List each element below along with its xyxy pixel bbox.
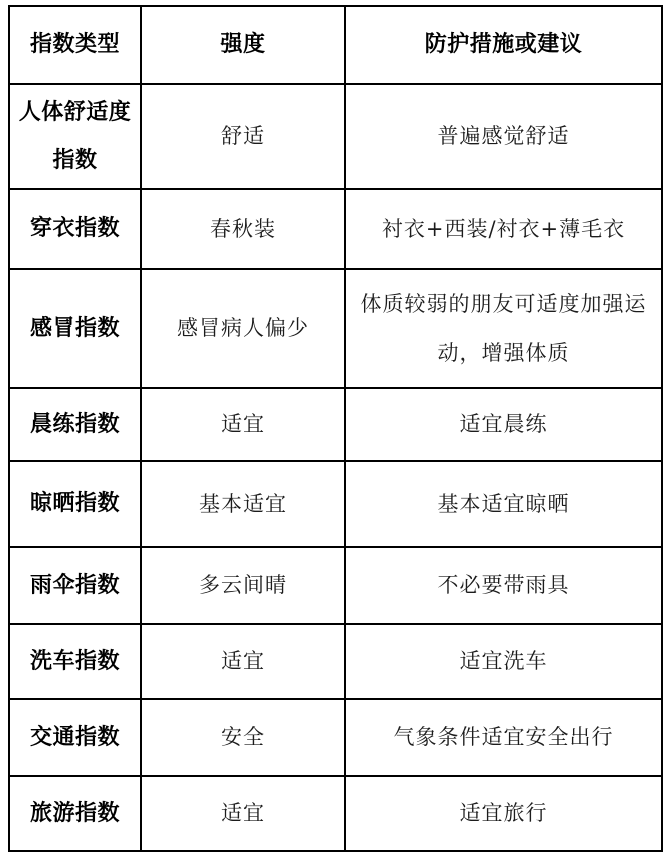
header-row: 指数类型 强度 防护措施或建议 [9, 6, 662, 84]
table-row-drying: 晾晒指数 基本适宜 基本适宜晾晒 [9, 461, 662, 547]
strength-cell: 基本适宜 [141, 461, 345, 547]
advice-cell: 适宜洗车 [345, 624, 662, 699]
weather-index-table: 指数类型 强度 防护措施或建议 人体舒适度指数 舒适 普遍感觉舒适 穿衣指数 春… [8, 5, 663, 852]
strength-cell: 适宜 [141, 776, 345, 851]
header-index-type: 指数类型 [9, 6, 141, 84]
strength-cell: 适宜 [141, 388, 345, 461]
advice-cell: 衬衣+西装/衬衣+薄毛衣 [345, 189, 662, 269]
index-type-cell: 感冒指数 [9, 269, 141, 388]
table-row-comfort: 人体舒适度指数 舒适 普遍感觉舒适 [9, 84, 662, 189]
table-row-travel: 旅游指数 适宜 适宜旅行 [9, 776, 662, 851]
table-row-dressing: 穿衣指数 春秋装 衬衣+西装/衬衣+薄毛衣 [9, 189, 662, 269]
advice-cell: 适宜晨练 [345, 388, 662, 461]
index-type-cell: 人体舒适度指数 [9, 84, 141, 189]
index-type-cell: 旅游指数 [9, 776, 141, 851]
strength-cell: 感冒病人偏少 [141, 269, 345, 388]
strength-cell: 多云间晴 [141, 547, 345, 624]
advice-cell: 不必要带雨具 [345, 547, 662, 624]
index-type-cell: 晨练指数 [9, 388, 141, 461]
table-row-traffic: 交通指数 安全 气象条件适宜安全出行 [9, 699, 662, 776]
advice-cell: 气象条件适宜安全出行 [345, 699, 662, 776]
advice-cell: 基本适宜晾晒 [345, 461, 662, 547]
advice-cell: 普遍感觉舒适 [345, 84, 662, 189]
header-advice: 防护措施或建议 [345, 6, 662, 84]
table-row-car-wash: 洗车指数 适宜 适宜洗车 [9, 624, 662, 699]
index-type-cell: 交通指数 [9, 699, 141, 776]
advice-cell: 体质较弱的朋友可适度加强运动，增强体质 [345, 269, 662, 388]
strength-cell: 春秋装 [141, 189, 345, 269]
strength-cell: 舒适 [141, 84, 345, 189]
table-row-umbrella: 雨伞指数 多云间晴 不必要带雨具 [9, 547, 662, 624]
table-row-morning-exercise: 晨练指数 适宜 适宜晨练 [9, 388, 662, 461]
index-type-cell: 晾晒指数 [9, 461, 141, 547]
index-type-cell: 洗车指数 [9, 624, 141, 699]
index-type-cell: 雨伞指数 [9, 547, 141, 624]
table-row-cold: 感冒指数 感冒病人偏少 体质较弱的朋友可适度加强运动，增强体质 [9, 269, 662, 388]
index-type-cell: 穿衣指数 [9, 189, 141, 269]
advice-cell: 适宜旅行 [345, 776, 662, 851]
header-strength: 强度 [141, 6, 345, 84]
strength-cell: 安全 [141, 699, 345, 776]
strength-cell: 适宜 [141, 624, 345, 699]
